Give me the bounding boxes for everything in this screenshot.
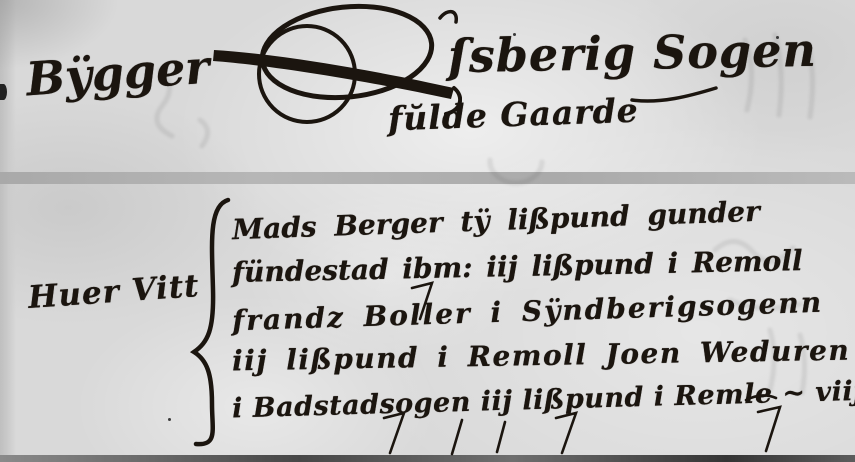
manuscript-page: Bÿgger ſsberig Sogen fŭlde Gaarde Huer V… [0, 0, 855, 462]
descender-strokes [0, 0, 855, 462]
